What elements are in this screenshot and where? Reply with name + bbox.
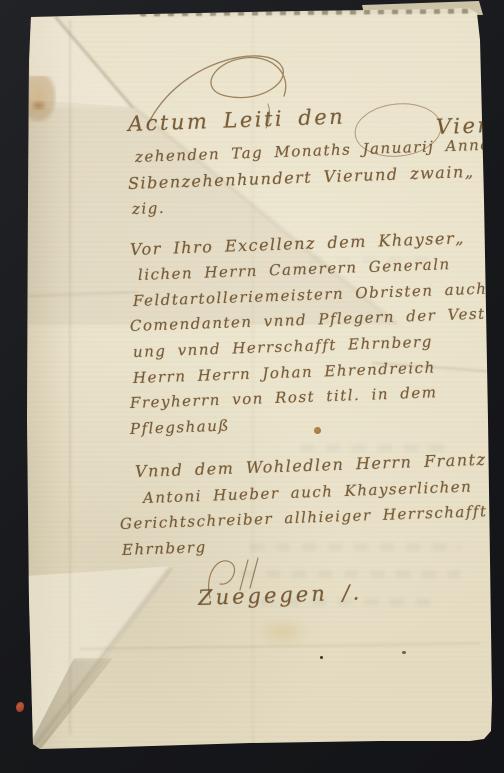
scan-background: Actum Leiti den Vier„ zehenden Tag Monat… [0,0,504,773]
manuscript-page: Actum Leiti den Vier„ zehenden Tag Monat… [0,0,504,773]
wax-seal-remnant [16,702,24,712]
paper-edge-shading [0,0,504,773]
